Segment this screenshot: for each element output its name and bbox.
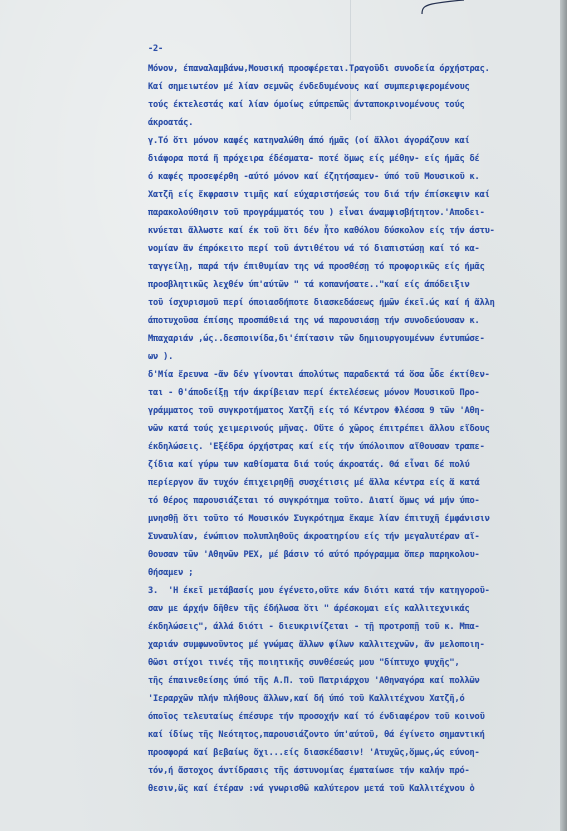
document-page: -2- Μόνον, έπαναλαμβάνω,Μουσική προσφέρε…	[0, 0, 560, 831]
text-line: ταγγείλῃ, παρά τήν έπιθυμίαν της νά προσ…	[148, 258, 558, 276]
text-line: ζίδια καί γύρω των καθίσματα διά τούς άκ…	[148, 456, 558, 474]
page-edge-shadow	[560, 0, 567, 831]
text-line: σαν με άρχήν δῆθεν τῆς έδήλωσα ὅτι " άρέ…	[148, 600, 558, 618]
text-line: θῶσι στίχοι τινές τῆς ποιητικῆς συνθέσεώ…	[148, 654, 558, 672]
text-line: 'Ιεραρχῶν πλήν πλήθους ἄλλων,καί δή ύπό …	[148, 690, 558, 708]
text-line: Καί σημειωτέον μέ λίαν σεμνῶς ένδεδυμένο…	[148, 78, 558, 96]
text-line: ό καφές προσεφέρθη -αύτό μόνον καί έζητή…	[148, 168, 558, 186]
text-line: ων ).	[148, 348, 558, 366]
text-line: μνησθῇ ὅτι τοῦτο τό Μουσικόν Συγκρότημα …	[148, 510, 558, 528]
text-line: τούς έκτελεστάς καί λίαν όμοίως εύπρεπῶς…	[148, 96, 558, 114]
text-line: Χατζῆ είς ἔκφρασιν τιμῆς καί εύχαριστήσε…	[148, 186, 558, 204]
text-line: περίεργον ἄν τυχόν έπιχειρηθῇ συσχέτισις…	[148, 474, 558, 492]
page-number: -2-	[148, 40, 558, 58]
text-line: θήσαμεν ;	[148, 564, 558, 582]
text-line: γ.Τό ὅτι μόνον καφές κατηναλώθη άπό ήμᾶς…	[148, 132, 558, 150]
text-line: Μόνον, έπαναλαμβάνω,Μουσική προσφέρεται.…	[148, 60, 558, 78]
text-line: Συναυλίαν, ένώπιον πολυπληθοῦς άκροατηρί…	[148, 528, 558, 546]
text-line: θεσιν,ὥς καί έτέραν :νά γνωρισθῶ καλύτερ…	[148, 780, 558, 798]
text-line: τῆς έπαινεθείσης ύπό τῆς Α.Π. τοῦ Πατριά…	[148, 672, 558, 690]
text-line: 3. 'Η έκεῖ μετάβασίς μου έγένετο,οὔτε κά…	[148, 582, 558, 600]
text-line: άποτυχοῦσα έπίσης προσπάθειά της νά παρο…	[148, 312, 558, 330]
text-line: Μπαχαριάν ,ώς..δεσποινίδα,δι'έπίτασιν τῶ…	[148, 330, 558, 348]
text-line: άκροατάς.	[148, 114, 558, 132]
text-line: κνύεται ἄλλωστε καί έκ τοῦ ὅτι δέν ἦτο κ…	[148, 222, 558, 240]
text-line: τοῦ ίσχυρισμοῦ περί όποιασδήποτε διασκεδ…	[148, 294, 558, 312]
text-line: διάφορα ποτά ἤ πρόχειρα έδέσματα- ποτέ ὅ…	[148, 150, 558, 168]
text-line: χαριάν συμφωνοῦντος μέ γνώμας ἄλλων φίλω…	[148, 636, 558, 654]
pen-stroke-mark	[418, 0, 478, 16]
text-line: έκδηλώσεις", άλλά διότι - διευκρινίζεται…	[148, 618, 558, 636]
text-line: θουσαν τῶν 'Αθηνῶν ΡΕΧ, μέ βάσιν τό αύτό…	[148, 546, 558, 564]
text-line: νῶν κατά τούς χειμερινούς μῆνας. Οὔτε ό …	[148, 420, 558, 438]
text-line: προσβλητικῶς λεχθέν ύπ'αύτῶν " τά κοπανή…	[148, 276, 558, 294]
text-line: προσφορά καί βεβαίως ὄχι...είς διασκέδασ…	[148, 744, 558, 762]
text-line: καί ίδίως τῆς Νεότητος,παρουσιάζοντο ύπ'…	[148, 726, 558, 744]
text-line: νομίαν ἄν έπρόκειτο περί τοῦ άντιθέτου ν…	[148, 240, 558, 258]
text-line: έκδηλώσεις. 'Εξέδρα όρχήστρας καί είς τή…	[148, 438, 558, 456]
text-line: γράμματος τοῦ συγκροτήματος Χατζῆ είς τό…	[148, 402, 558, 420]
text-line: δ'Μία ἔρευνα -ἄν δέν γίνονται άπολύτως π…	[148, 366, 558, 384]
text-line: τό θέρος παρουσιάζεται τό συγκρότημα τοῦ…	[148, 492, 558, 510]
typed-text-body: -2- Μόνον, έπαναλαμβάνω,Μουσική προσφέρε…	[148, 40, 558, 798]
text-line: ται - θ'άποδείξῃ τήν άκρίβειαν περί έκτε…	[148, 384, 558, 402]
text-line: παρακολούθησιν τοῦ προγράμματός του ) εἶ…	[148, 204, 558, 222]
text-line: τόν,ή ἄστοχος άντίδρασις τῆς άστυνομίας …	[148, 762, 558, 780]
text-line: όποῖος τελευταίως έπέσυρε τήν προσοχήν κ…	[148, 708, 558, 726]
